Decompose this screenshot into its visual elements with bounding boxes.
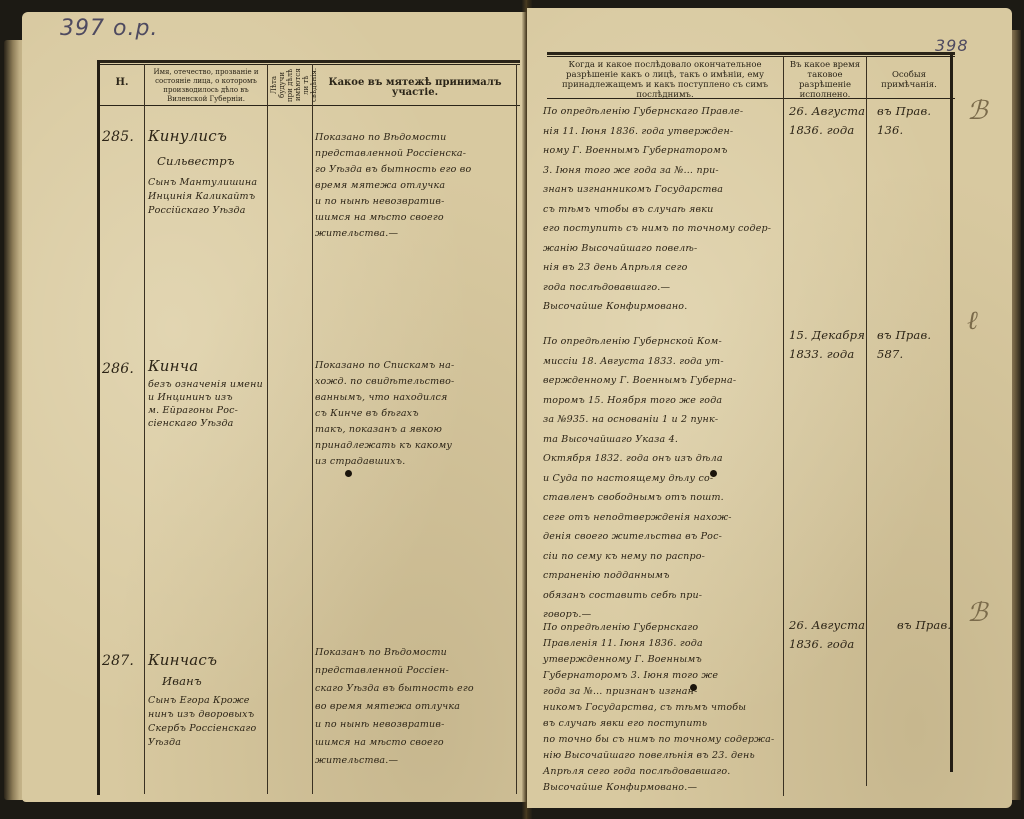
ink-blot <box>710 470 717 477</box>
entry-number: 287. <box>102 652 134 671</box>
entry-resolution: По опредѣленію Губернскаго Правле- нія 1… <box>543 102 783 317</box>
entry-surname: Кинулисъ <box>148 126 227 146</box>
ink-blot <box>690 684 697 691</box>
entry-status: безъ означенія имени и Инцининъ изъ м. Е… <box>148 378 263 430</box>
col-divider <box>866 56 867 786</box>
table-top-rule <box>547 52 955 55</box>
entry-executed-date: 15. Декабря 1833. года <box>789 326 865 364</box>
header-name: Имя, отечество, прозваніе и состояніе ли… <box>148 68 264 104</box>
header-bottom-rule <box>100 105 520 106</box>
table-top-rule-thin <box>547 56 955 57</box>
right-page: 398 Когда и какое послѣдовало окончатель… <box>527 8 1012 808</box>
entry-participation: Показано по Вѣдомости представленной Рос… <box>315 130 520 242</box>
entry-given-name: Иванъ <box>162 672 202 691</box>
ink-blot <box>345 470 352 477</box>
table-top-rule <box>100 60 520 63</box>
header-age: Лѣта будучи при дѣлѣ имѣются ли тѣ свѣдѣ… <box>270 67 310 103</box>
flourish-mark: ℬ <box>967 96 987 126</box>
col-divider <box>267 64 268 794</box>
right-border <box>950 52 953 772</box>
entry-given-name: Сильвестръ <box>157 152 235 171</box>
left-border <box>97 60 100 795</box>
entry-resolution: По опредѣленію Губернскаго Правленія 11.… <box>543 620 783 796</box>
left-page: 397 о.р. Н. Имя, отечество, прозваніе и … <box>22 12 527 802</box>
entry-resolution: По опредѣленію Губернской Ком- миссіи 18… <box>543 332 783 625</box>
entry-notes: въ Прав. 587. <box>877 326 931 364</box>
entry-participation: Показано по Спискамъ на- хожд. по свидѣт… <box>315 358 520 470</box>
header-executed: Въ какое время таковое разрѣшеніе исполн… <box>786 60 864 100</box>
entry-surname: Кинча <box>148 356 198 376</box>
flourish-mark: ℬ <box>967 598 987 628</box>
entry-number: 285. <box>102 128 134 147</box>
entry-status: Сынъ Егора Кроже нинъ изъ дворовыхъ Скер… <box>148 694 256 750</box>
entry-surname: Кинчасъ <box>148 650 217 670</box>
flourish-mark: ℓ <box>967 306 978 336</box>
header-notes: Особыя примѣчанія. <box>869 70 949 90</box>
entry-notes: въ Прав. <box>897 616 951 635</box>
header-resolution: Когда и какое послѣдовало окончательное … <box>549 60 781 100</box>
table-top-rule-thin <box>100 64 520 65</box>
col-divider <box>144 64 145 794</box>
entry-number: 286. <box>102 360 134 379</box>
col-divider <box>312 64 313 794</box>
entry-status: Сынъ Мантулишина Инцинія Каликайтъ Россі… <box>148 176 257 218</box>
header-participation: Какое въ мятежѣ принималъ участіе. <box>316 78 514 98</box>
archive-pencil-number: 397 о.р. <box>60 16 158 41</box>
col-divider <box>783 56 784 796</box>
entry-executed-date: 26. Августа 1836. года <box>789 102 865 140</box>
entry-executed-date: 26. Августа 1836. года <box>789 616 865 654</box>
entry-participation: Показанъ по Вѣдомости представленной Рос… <box>315 644 520 770</box>
entry-notes: въ Прав. 136. <box>877 102 931 140</box>
header-number: Н. <box>102 78 142 88</box>
